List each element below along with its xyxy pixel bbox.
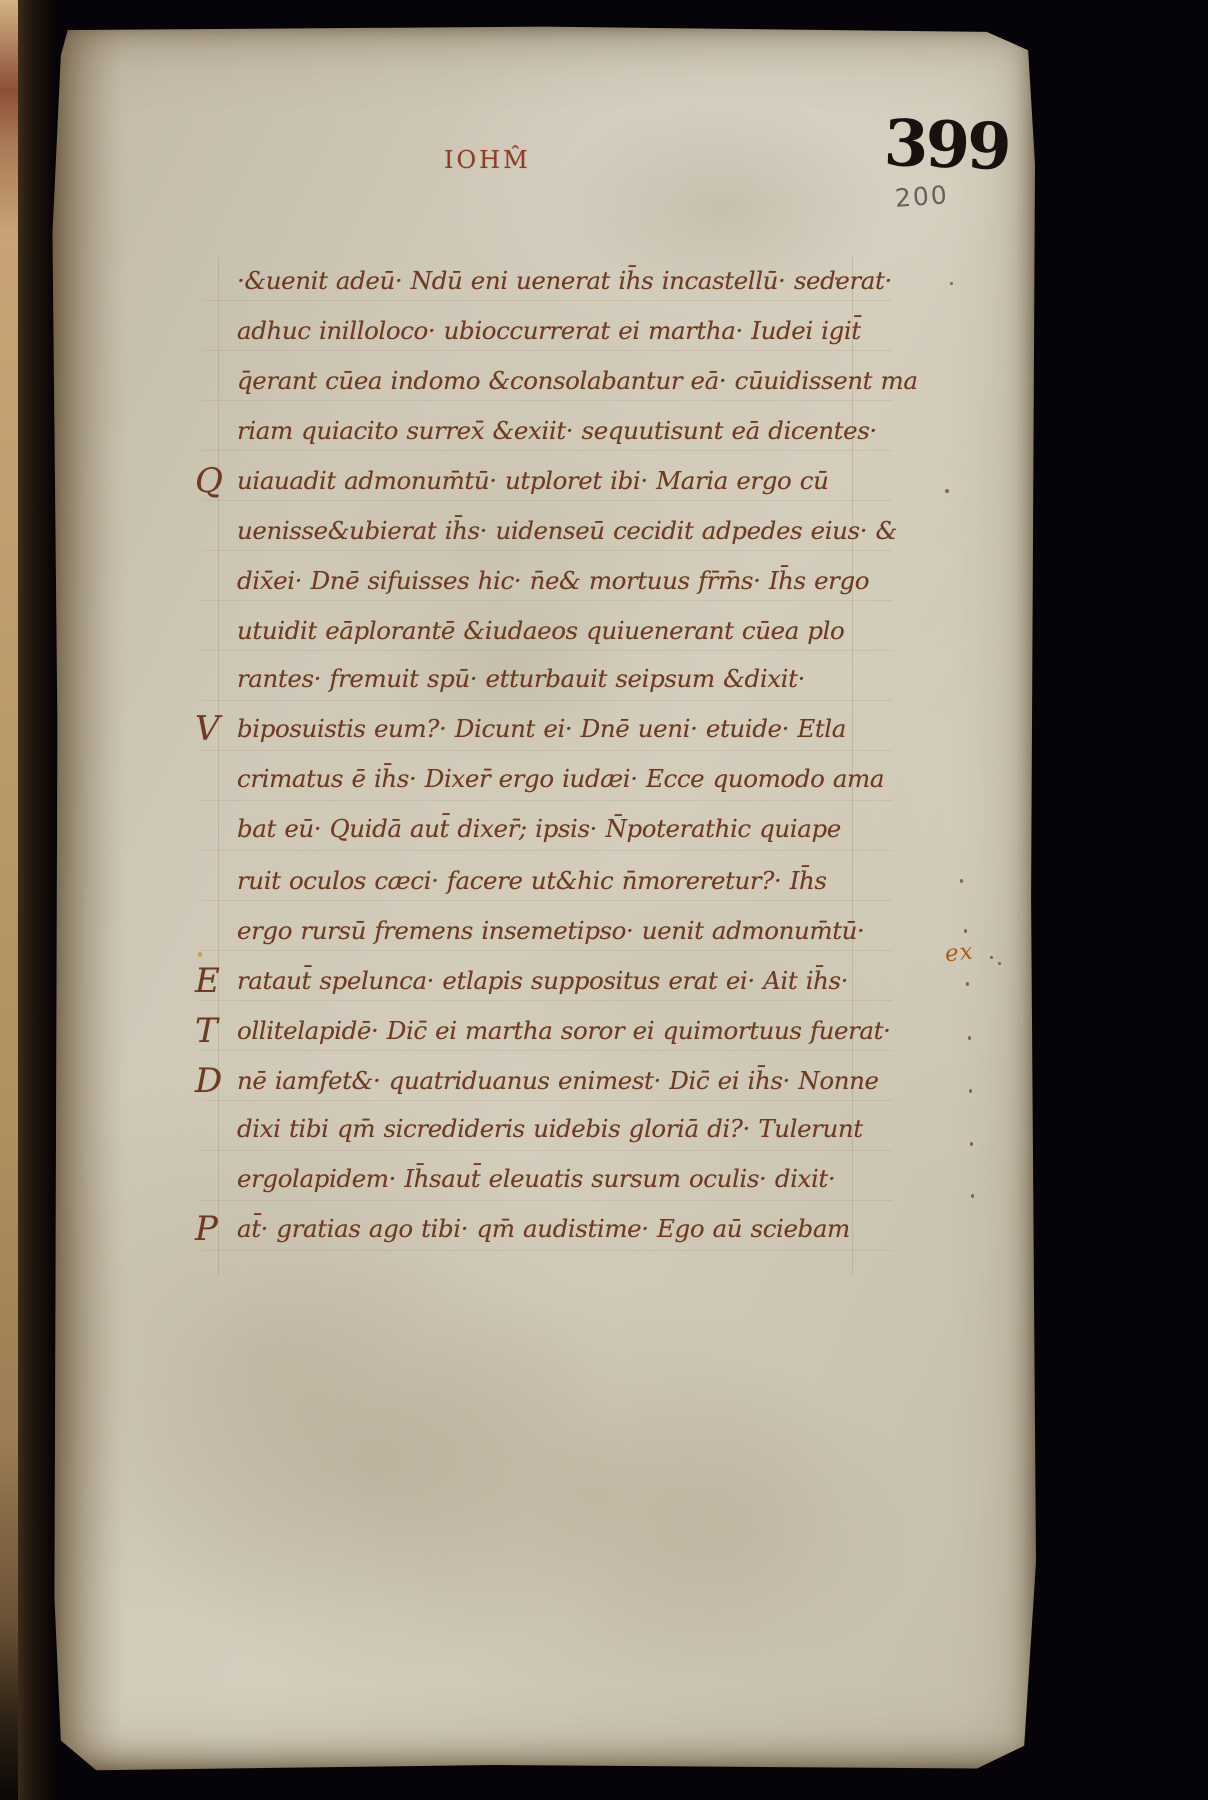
line-initial: Q [195, 461, 223, 501]
line-text: ollitelapidē· Dic̄ ei martha soror ei qu… [237, 1016, 890, 1045]
line-text: bat eū· Quidā aut̄ dixer̄; ipsis· N̄pote… [237, 814, 841, 843]
line-text: uenisse&ubierat ih̄s· uidenseū cecidit a… [237, 516, 897, 545]
text-line: dix̄ei· Dnē sifuisses hic· n̄e& mortuus … [237, 566, 869, 595]
line-initial: D [195, 1061, 222, 1101]
text-line: q̄erant cūea indomo &consolabantur eā· c… [237, 366, 918, 395]
line-text: adhuc inilloloco· ubioccurrerat ei marth… [237, 316, 861, 345]
line-initial: P [195, 1209, 218, 1249]
line-text: dix̄ei· Dnē sifuisses hic· n̄e& mortuus … [237, 566, 869, 595]
text-line: ergo rursū fremens insemetipso· uenit ad… [237, 916, 864, 945]
line-text: nē iamfet&· quatriduanus enimest· Dic̄ e… [237, 1066, 879, 1095]
text-line: ergolapidem· Ih̄saut̄ eleuatis sursum oc… [237, 1164, 835, 1193]
text-line: Vbiposuistis eum?· Dicunt ei· Dnē ueni· … [237, 714, 846, 743]
line-text: crimatus ē ih̄s· Dixer̄ ergo iudæi· Ecce… [237, 764, 884, 793]
manuscript-page: IOHM̂ 399 200 ex ·&uenit adeū· Ndū eni u… [52, 24, 1036, 1772]
line-text: dixi tibi qm̄ sicredideris uidebis glori… [237, 1114, 863, 1143]
text-line: utuidit eāplorantē &iudaeos quiuenerant … [237, 616, 844, 645]
text-line: adhuc inilloloco· ubioccurrerat ei marth… [237, 316, 861, 345]
line-initial: T [195, 1011, 218, 1051]
text-line: Quiauadit admonum̄tū· utploret ibi· Mari… [237, 466, 828, 495]
book-edge-stack [0, 0, 18, 1800]
line-initial: E [195, 961, 220, 1001]
line-text: riam quiacito surrex̄ &exiit· sequutisun… [237, 416, 877, 445]
text-line: Dnē iamfet&· quatriduanus enimest· Dic̄ … [237, 1066, 879, 1095]
line-text: rantes· fremuit spū· etturbauit seipsum … [237, 664, 805, 693]
text-line: ·&uenit adeū· Ndū eni uenerat ih̄s incas… [237, 266, 892, 295]
text-line: ruit oculos cæci· facere ut&hic n̄morere… [237, 866, 827, 895]
line-text: ruit oculos cæci· facere ut&hic n̄morere… [237, 866, 827, 895]
text-block: ·&uenit adeū· Ndū eni uenerat ih̄s incas… [52, 24, 1036, 1772]
line-text: at̄· gratias ago tibi· qm̄ audistime· Eg… [237, 1214, 850, 1243]
line-text: utuidit eāplorantē &iudaeos quiuenerant … [237, 616, 844, 645]
text-line: Pat̄· gratias ago tibi· qm̄ audistime· E… [237, 1214, 850, 1243]
line-text: uiauadit admonum̄tū· utploret ibi· Maria… [237, 466, 828, 495]
text-line: crimatus ē ih̄s· Dixer̄ ergo iudæi· Ecce… [237, 764, 884, 793]
line-text: ergo rursū fremens insemetipso· uenit ad… [237, 916, 864, 945]
text-line: riam quiacito surrex̄ &exiit· sequutisun… [237, 416, 877, 445]
line-text: rataut̄ spelunca· etlapis suppositus era… [237, 966, 848, 995]
text-line: dixi tibi qm̄ sicredideris uidebis glori… [237, 1114, 863, 1143]
text-line: uenisse&ubierat ih̄s· uidenseū cecidit a… [237, 516, 897, 545]
line-initial: V [195, 709, 220, 749]
gutter-shadow [18, 0, 54, 1800]
text-line: Erataut̄ spelunca· etlapis suppositus er… [237, 966, 848, 995]
text-line: bat eū· Quidā aut̄ dixer̄; ipsis· N̄pote… [237, 814, 841, 843]
line-text: ·&uenit adeū· Ndū eni uenerat ih̄s incas… [237, 266, 892, 295]
line-text: biposuistis eum?· Dicunt ei· Dnē ueni· e… [237, 714, 846, 743]
text-line: Tollitelapidē· Dic̄ ei martha soror ei q… [237, 1016, 890, 1045]
text-line: rantes· fremuit spū· etturbauit seipsum … [237, 664, 805, 693]
line-text: ergolapidem· Ih̄saut̄ eleuatis sursum oc… [237, 1164, 835, 1193]
line-text: q̄erant cūea indomo &consolabantur eā· c… [237, 366, 918, 395]
